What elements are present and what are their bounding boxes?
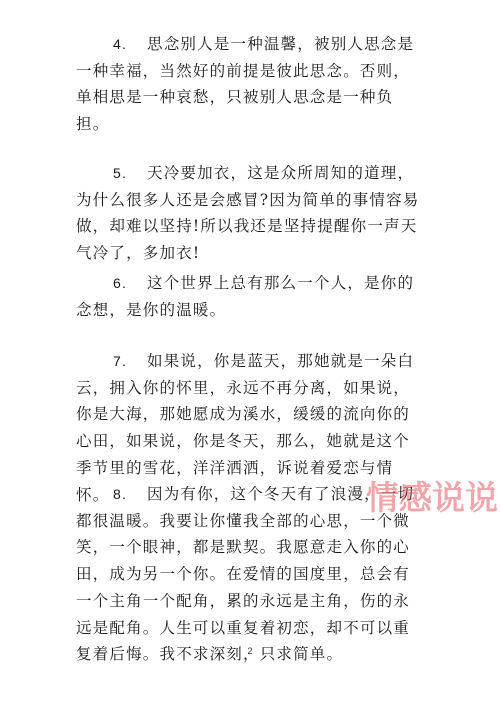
paragraph-4: 4.思念别人是一种温馨，被别人思念是一种幸福，当然好的前提是彼此思念。否则，单相… (76, 31, 426, 138)
page-number: 2 (0, 646, 500, 656)
paragraph-8: 8.因为有你，这个冬天有了浪漫，一切都很温暖。我要让你懂我全部的心思，一个微笑，… (76, 481, 426, 668)
paragraph-6: 6.这个世界上总有那么一个人，是你的念想，是你的温暖。 (76, 270, 426, 323)
paragraph-number: 8. (113, 481, 147, 508)
paragraph-text: 因为有你，这个冬天有了浪漫，一切都很温暖。我要让你懂我全部的心思，一个微笑，一个… (76, 485, 414, 663)
paragraph-number: 5. (113, 160, 147, 187)
document-page: 4.思念别人是一种温馨，被别人思念是一种幸福，当然好的前提是彼此思念。否则，单相… (0, 0, 500, 708)
paragraph-number: 6. (113, 270, 147, 297)
paragraph-number: 7. (113, 348, 147, 375)
paragraph-5: 5.天冷要加衣，这是众所周知的道理，为什么很多人还是会感冒?因为简单的事情容易做… (76, 160, 426, 267)
paragraph-number: 4. (113, 31, 147, 58)
